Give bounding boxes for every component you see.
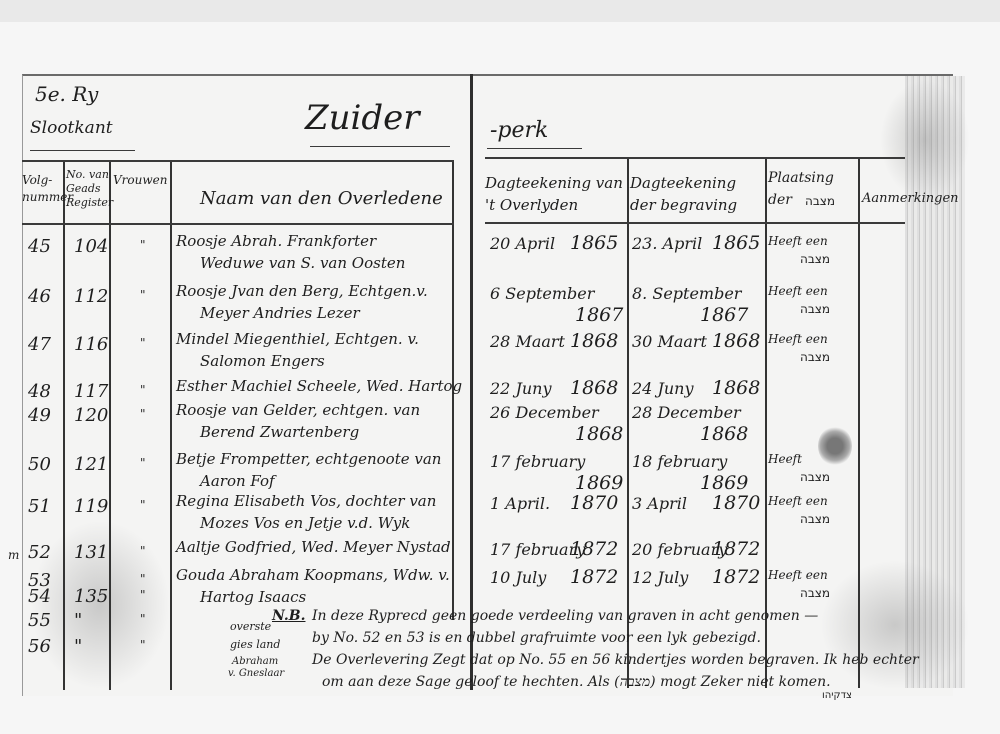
burial-year: 1868 bbox=[712, 330, 760, 352]
entry-number: 50 bbox=[28, 454, 51, 475]
burial-year: 1867 bbox=[700, 304, 748, 326]
vrouwen-mark: " bbox=[140, 612, 146, 626]
deceased-name: Aaltje Godfried, Wed. Meyer Nystad bbox=[176, 538, 451, 556]
burial-date: 3 April bbox=[632, 494, 687, 513]
register-number: 121 bbox=[74, 454, 108, 475]
death-year: 1870 bbox=[570, 492, 618, 514]
death-year: 1869 bbox=[575, 472, 623, 494]
header-rule bbox=[485, 157, 905, 159]
underline bbox=[487, 148, 582, 149]
stain bbox=[820, 560, 970, 690]
deceased-name: Regina Elisabeth Vos, dochter van bbox=[176, 492, 436, 510]
vrouwen-mark: " bbox=[140, 572, 146, 586]
deceased-name: Roosje Abrah. Frankforter bbox=[176, 232, 376, 250]
column-rule bbox=[109, 160, 111, 690]
vrouwen-mark: " bbox=[140, 544, 146, 558]
nb-line-2: by No. 52 en 53 is en dubbel grafruimte … bbox=[312, 630, 761, 646]
death-year: 1868 bbox=[570, 330, 618, 352]
header-rule bbox=[22, 223, 454, 225]
death-year: 1872 bbox=[570, 538, 618, 560]
burial-year: 1869 bbox=[700, 472, 748, 494]
burial-date: 28 December bbox=[632, 403, 741, 422]
burial-date: 24 Juny bbox=[632, 379, 694, 398]
register-number: 120 bbox=[74, 405, 108, 426]
deceased-relation: Aaron Fof bbox=[200, 472, 275, 490]
margin-note-2: gies land bbox=[230, 638, 280, 651]
col-header-plaatsing-hebrew: מצבה bbox=[805, 194, 835, 208]
death-year: 1867 bbox=[575, 304, 623, 326]
entry-number: 49 bbox=[28, 405, 51, 426]
death-year: 1865 bbox=[570, 232, 618, 254]
gravestone-hebrew: מצבה bbox=[800, 586, 830, 600]
death-date: 17 february bbox=[490, 452, 585, 471]
vrouwen-mark: " bbox=[140, 407, 146, 421]
vrouwen-mark: " bbox=[140, 588, 146, 602]
col-header-plaatsing-der: der bbox=[768, 192, 792, 209]
margin-note-1: overste bbox=[230, 620, 271, 633]
death-date: 10 July bbox=[490, 568, 546, 587]
death-date: 26 December bbox=[490, 403, 599, 422]
register-number: " bbox=[74, 610, 82, 631]
gravestone-note: Heeft een bbox=[768, 568, 828, 582]
burial-year: 1868 bbox=[712, 377, 760, 399]
entry-number: 52 bbox=[28, 542, 51, 563]
register-number: 131 bbox=[74, 542, 108, 563]
deceased-name: Mindel Miegenthiel, Echtgen. v. bbox=[176, 330, 419, 348]
death-date: 28 Maart bbox=[490, 332, 565, 351]
register-number: " bbox=[74, 636, 82, 657]
col-header-register: No. van Geads Register bbox=[66, 168, 110, 210]
burial-year: 1870 bbox=[712, 492, 760, 514]
underline bbox=[310, 146, 450, 147]
deceased-relation: Berend Zwartenberg bbox=[200, 423, 359, 441]
death-year: 1868 bbox=[570, 377, 618, 399]
death-date: 6 September bbox=[490, 284, 594, 303]
deceased-name: Roosje Jvan den Berg, Echtgen.v. bbox=[176, 282, 428, 300]
deceased-relation: Weduwe van S. van Oosten bbox=[200, 254, 405, 272]
entry-number: 48 bbox=[28, 381, 51, 402]
column-rule bbox=[858, 158, 860, 688]
register-number: 135 bbox=[74, 586, 108, 607]
deceased-name: Roosje van Gelder, echtgen. van bbox=[176, 401, 420, 419]
gravestone-hebrew: מצבה bbox=[800, 512, 830, 526]
scan-background bbox=[0, 0, 1000, 22]
header-rule bbox=[485, 222, 905, 224]
gravestone-hebrew: מצבה bbox=[800, 302, 830, 316]
gravestone-note: Heeft bbox=[768, 452, 802, 466]
vrouwen-mark: " bbox=[140, 288, 146, 302]
margin-note-3: Abraham bbox=[232, 656, 278, 667]
entry-number: 56 bbox=[28, 636, 51, 657]
entry-number: 46 bbox=[28, 286, 51, 307]
death-date: 1 April. bbox=[490, 494, 550, 513]
underline bbox=[30, 150, 135, 151]
burial-year: 1872 bbox=[712, 566, 760, 588]
nb-label: N.B. bbox=[272, 608, 305, 624]
nb-line-4: om aan deze Sage geloof te hechten. Als … bbox=[322, 674, 831, 691]
burial-date: 30 Maart bbox=[632, 332, 707, 351]
col-header-begraving: Dagteekening der begraving bbox=[630, 172, 765, 216]
entry-number: 51 bbox=[28, 496, 51, 517]
gravestone-note: Heeft een bbox=[768, 234, 828, 248]
col-header-aanmerkingen: Aanmerkingen bbox=[862, 190, 959, 207]
death-date: 22 Juny bbox=[490, 379, 552, 398]
col-header-volgnummer: Volg-nummer bbox=[22, 172, 62, 206]
deceased-relation: Mozes Vos en Jetje v.d. Wyk bbox=[200, 514, 410, 532]
register-number: 112 bbox=[74, 286, 108, 307]
nb-signature: צדקיהו bbox=[822, 690, 852, 701]
margin-note-4: v. Gneslaar bbox=[228, 668, 284, 679]
burial-date: 12 July bbox=[632, 568, 688, 587]
deceased-relation: Hartog Isaacs bbox=[200, 588, 306, 606]
entry-number: 55 bbox=[28, 610, 51, 631]
deceased-relation: Salomon Engers bbox=[200, 352, 325, 370]
register-number: 117 bbox=[74, 381, 108, 402]
register-number: 104 bbox=[74, 236, 108, 257]
col-header-vrouwen: Vrouwen bbox=[113, 172, 167, 189]
page-fold bbox=[470, 74, 473, 690]
vrouwen-mark: " bbox=[140, 238, 146, 252]
ink-stamp bbox=[818, 426, 852, 466]
deceased-name: Esther Machiel Scheele, Wed. Hartog bbox=[176, 377, 462, 395]
burial-date: 18 february bbox=[632, 452, 727, 471]
deceased-name: Gouda Abraham Koopmans, Wdw. v. bbox=[176, 566, 450, 584]
section-title-right: -perk bbox=[490, 118, 548, 143]
entry-number: 54 bbox=[28, 586, 51, 607]
burial-date: 8. September bbox=[632, 284, 741, 303]
death-date: 20 April bbox=[490, 234, 555, 253]
register-number: 116 bbox=[74, 334, 108, 355]
register-number: 119 bbox=[74, 496, 108, 517]
entry-number: 45 bbox=[28, 236, 51, 257]
burial-date: 23. April bbox=[632, 234, 702, 253]
gravestone-hebrew: מצבה bbox=[800, 252, 830, 266]
gravestone-note: Heeft een bbox=[768, 332, 828, 346]
header-rule bbox=[22, 160, 454, 162]
gravestone-hebrew: מצבה bbox=[800, 470, 830, 484]
gravestone-hebrew: מצבה bbox=[800, 350, 830, 364]
deceased-name: Betje Frompetter, echtgenoote van bbox=[176, 450, 441, 468]
nb-line-1: In deze Ryprecd geen goede verdeeling va… bbox=[312, 608, 818, 624]
vrouwen-mark: " bbox=[140, 383, 146, 397]
deceased-relation: Meyer Andries Lezer bbox=[200, 304, 360, 322]
death-year: 1868 bbox=[575, 423, 623, 445]
vrouwen-mark: " bbox=[140, 638, 146, 652]
burial-year: 1868 bbox=[700, 423, 748, 445]
column-rule bbox=[170, 160, 172, 690]
row-side-label: Slootkant bbox=[30, 118, 113, 138]
section-title-left: Zuider bbox=[305, 98, 420, 138]
col-header-naam: Naam van den Overledene bbox=[200, 190, 443, 207]
col-header-overlijden: Dagteekening van 't Overlyden bbox=[485, 172, 625, 216]
stain bbox=[880, 80, 970, 200]
nb-line-3: De Overlevering Zegt dat op No. 55 en 56… bbox=[312, 652, 919, 668]
entry-number: 47 bbox=[28, 334, 51, 355]
vrouwen-mark: " bbox=[140, 336, 146, 350]
death-year: 1872 bbox=[570, 566, 618, 588]
col-header-plaatsing: Plaatsing bbox=[768, 170, 834, 187]
row-label: 5e. Ry bbox=[35, 82, 98, 106]
margin-prefix: m bbox=[8, 548, 19, 562]
gravestone-note: Heeft een bbox=[768, 284, 828, 298]
gravestone-note: Heeft een bbox=[768, 494, 828, 508]
burial-year: 1872 bbox=[712, 538, 760, 560]
burial-year: 1865 bbox=[712, 232, 760, 254]
column-rule bbox=[63, 160, 65, 690]
vrouwen-mark: " bbox=[140, 456, 146, 470]
vrouwen-mark: " bbox=[140, 498, 146, 512]
